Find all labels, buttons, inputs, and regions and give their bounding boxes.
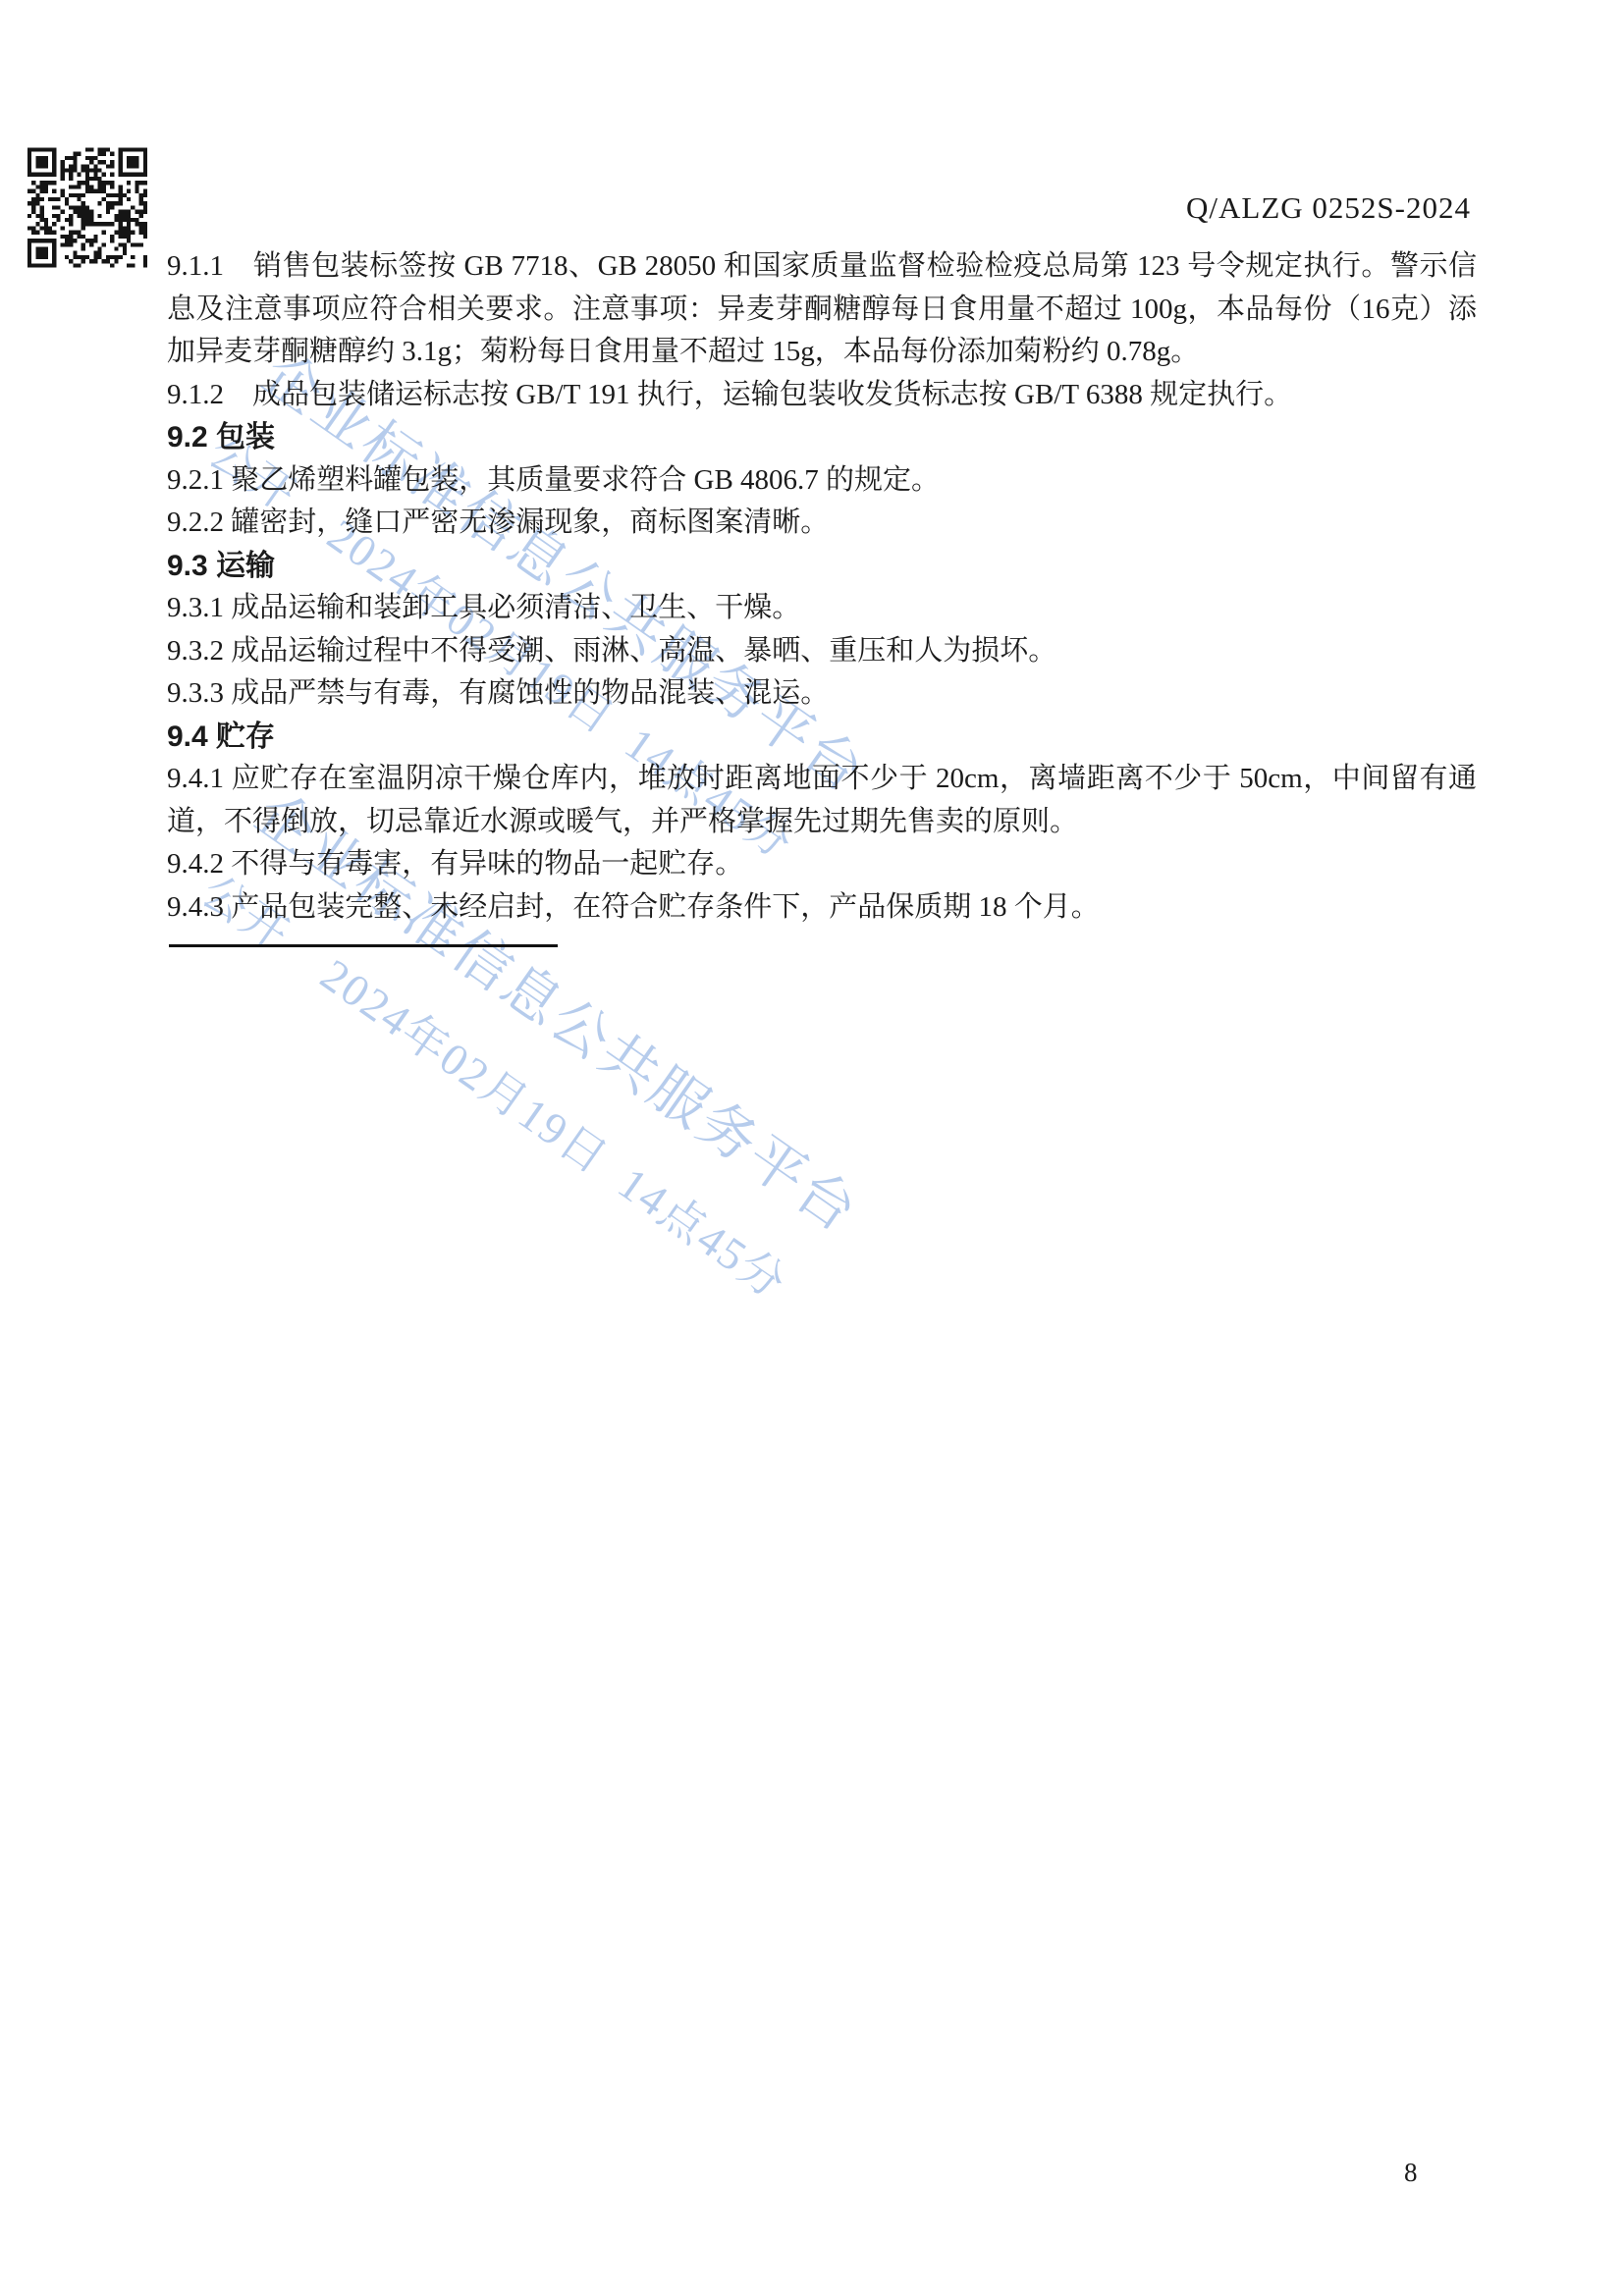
end-of-document-rule: [169, 944, 558, 947]
clause-9-1-2: 9.1.2 成品包装储运标志按 GB/T 191 执行，运输包装收发货标志按 G…: [167, 374, 1477, 417]
heading-9-2: 9.2 包装: [167, 416, 1477, 459]
heading-9-3: 9.3 运输: [167, 545, 1477, 588]
clause-9-4-1: 9.4.1 应贮存在室温阴凉干燥仓库内，堆放时距离地面不少于 20cm，离墙距离…: [167, 758, 1477, 843]
clause-9-3-2: 9.3.2 成品运输过程中不得受潮、雨淋、高温、暴晒、重压和人为损坏。: [167, 630, 1477, 673]
clause-9-4-2: 9.4.2 不得与有毒害，有异味的物品一起贮存。: [167, 843, 1477, 886]
watermark-date: 2024年02月19日: [312, 949, 618, 1184]
clause-9-4-3: 9.4.3 产品包装完整、未经启封，在符合贮存条件下，产品保质期 18 个月。: [167, 886, 1477, 930]
clause-9-3-3: 9.3.3 成品严禁与有毒，有腐蚀性的物品混装、混运。: [167, 672, 1477, 716]
clause-9-3-1: 9.3.1 成品运输和装卸工具必须清洁、卫生、干燥。: [167, 587, 1477, 630]
clause-9-2-2: 9.2.2 罐密封，缝口严密无渗漏现象，商标图案清晰。: [167, 502, 1477, 545]
clause-9-1-1: 9.1.1 销售包装标签按 GB 7718、GB 28050 和国家质量监督检验…: [167, 245, 1477, 374]
page-number: 8: [1404, 2158, 1418, 2188]
clause-9-2-1: 9.2.1 聚乙烯塑料罐包装，其质量要求符合 GB 4806.7 的规定。: [167, 459, 1477, 503]
document-page: Q/ALZG 0252S-2024 企业标准信息公共服务平台 公开2024年02…: [0, 0, 1624, 2296]
heading-9-4: 9.4 贮存: [167, 716, 1477, 759]
header-standard-code: Q/ALZG 0252S-2024: [0, 190, 1471, 226]
document-body: 9.1.1 销售包装标签按 GB 7718、GB 28050 和国家质量监督检验…: [167, 245, 1477, 929]
watermark-time: 14点45分: [610, 1157, 796, 1308]
